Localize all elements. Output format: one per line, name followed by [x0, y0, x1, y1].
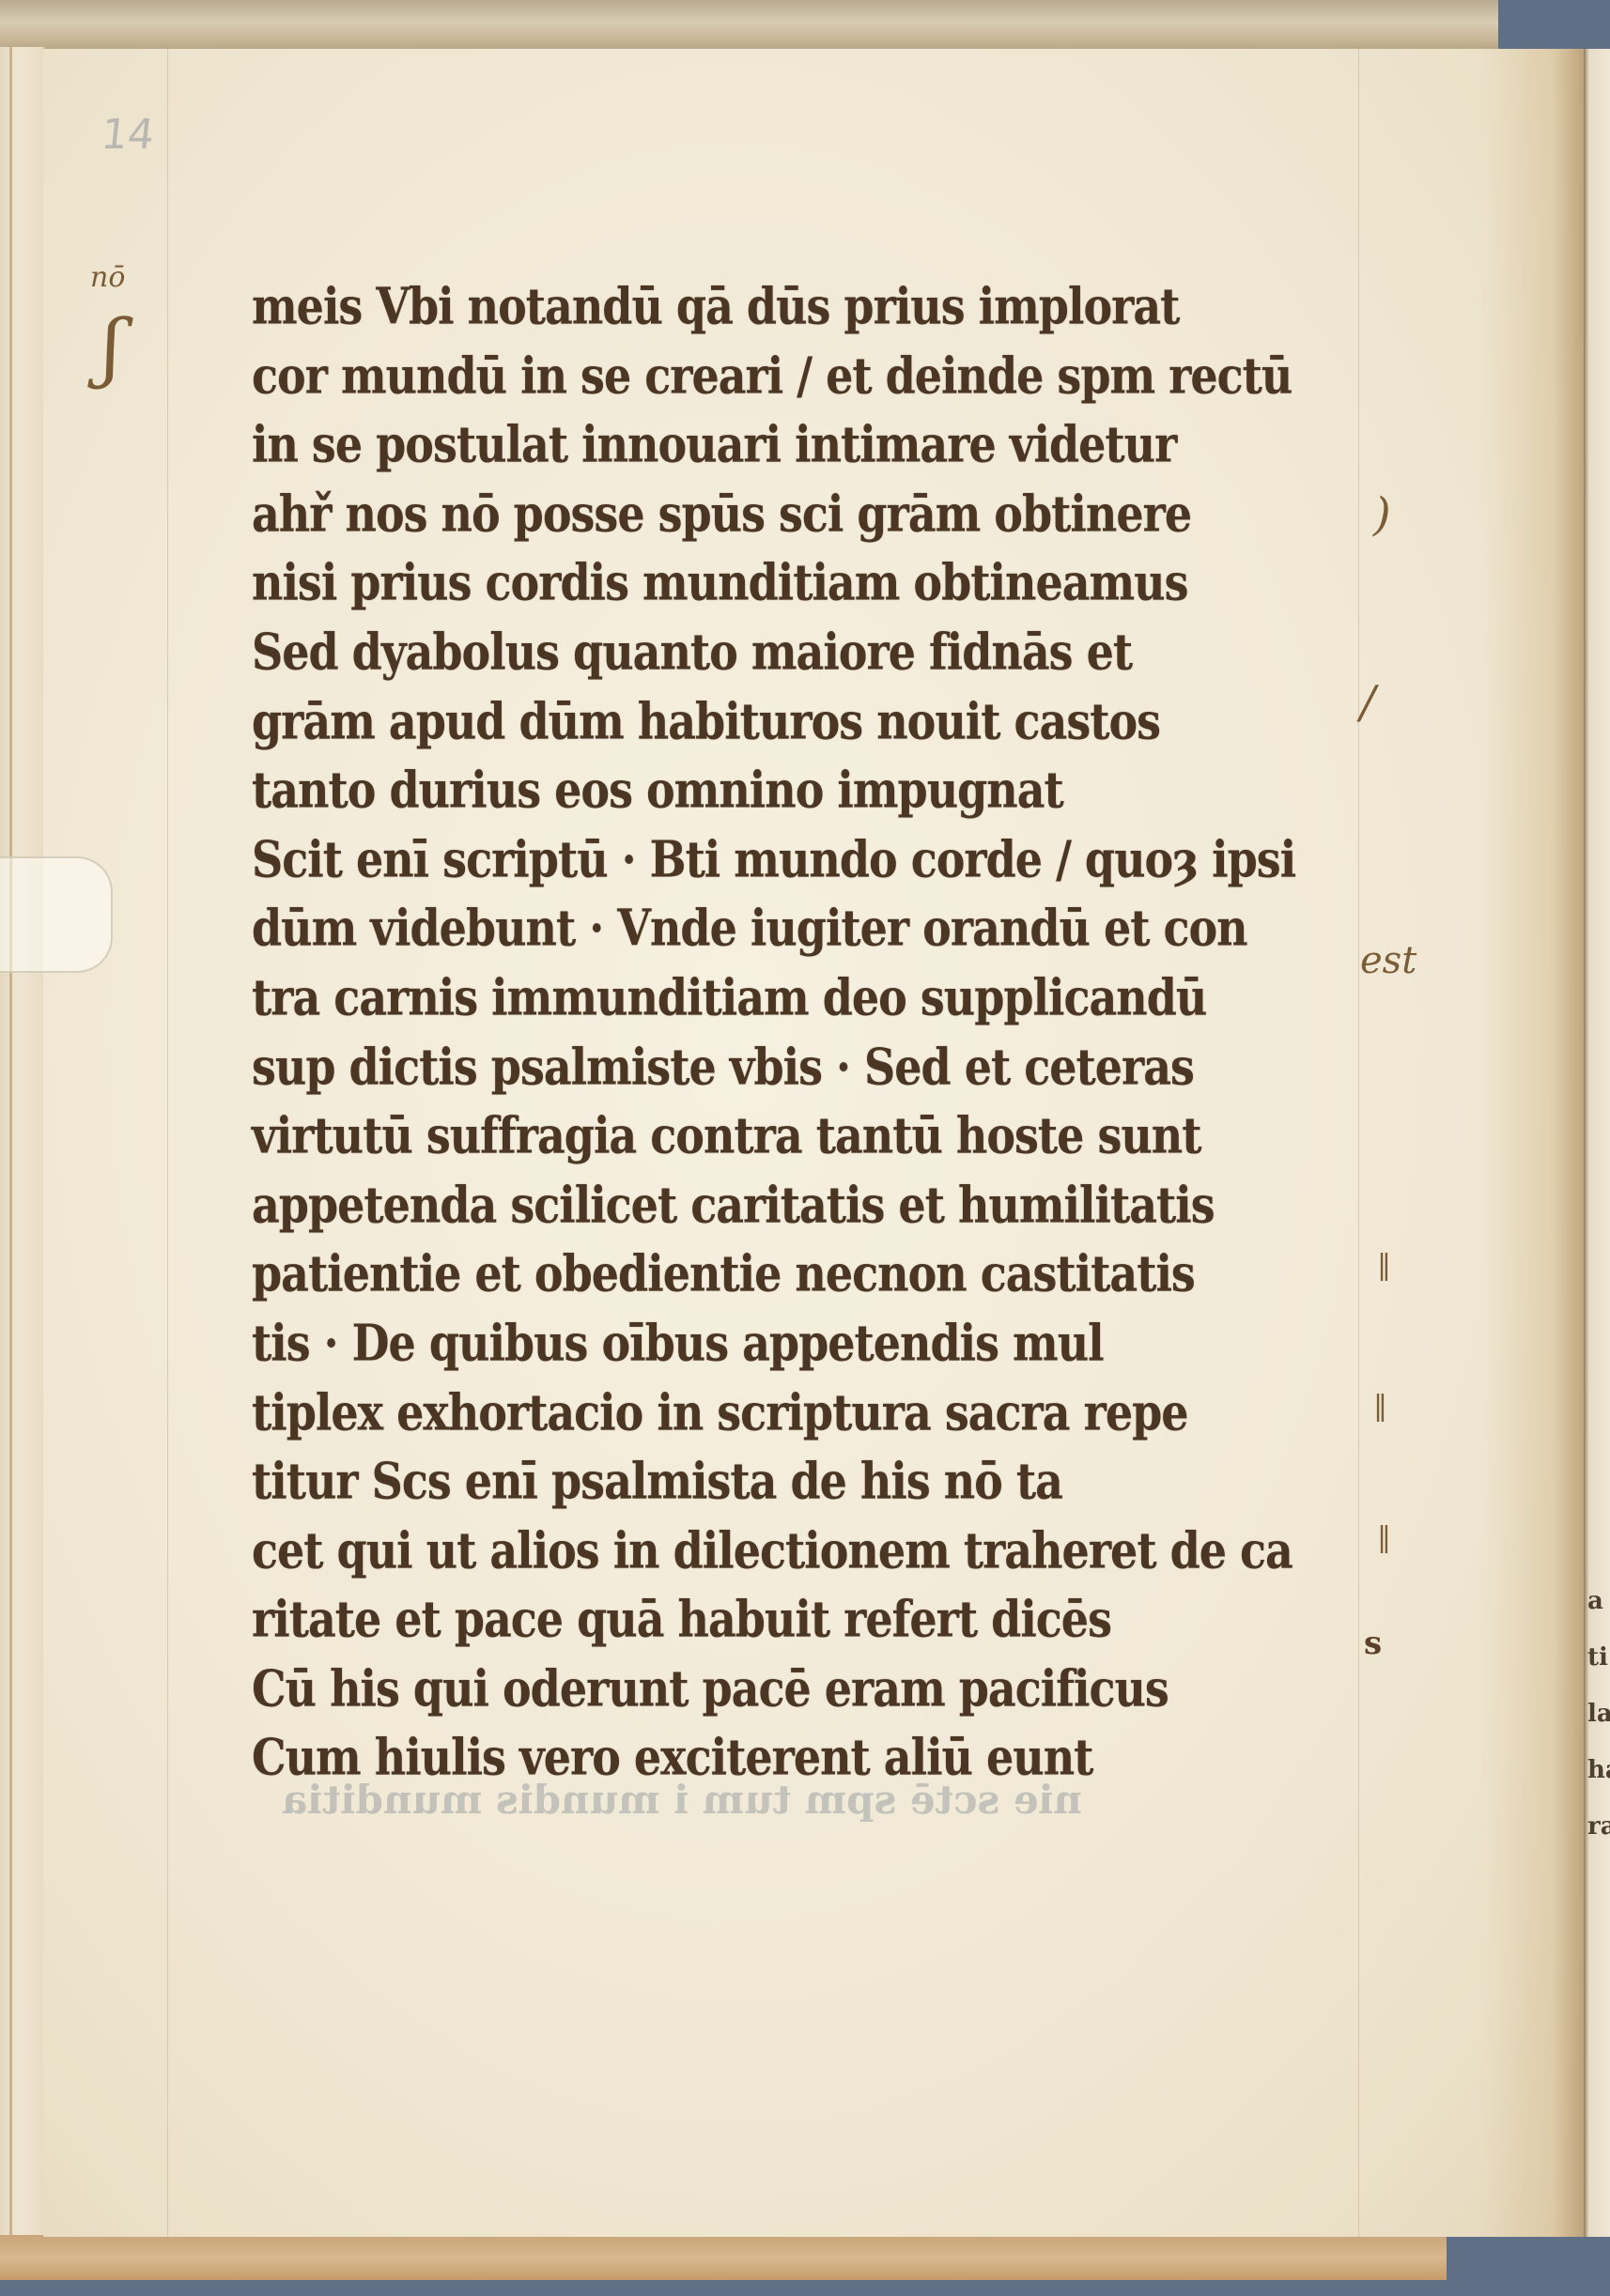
text-line-14: appetenda scilicet caritatis et humilita…	[252, 1165, 1409, 1245]
leaf-edge-line	[9, 47, 12, 2235]
text-line-3: in se postulat innouari intimare videtur	[252, 406, 1409, 485]
text-line-21: Cū his qui oderunt pacē eram pacificus	[252, 1649, 1409, 1729]
leaf-fragment-1: a	[1587, 1589, 1603, 1613]
text-line-6: Sed dyabolus quanto maiore fidnās et	[252, 612, 1409, 692]
text-line-7: grām apud dūm habituros nouit castos	[252, 682, 1409, 762]
text-line-8: tanto durius eos omnino impugnat	[252, 751, 1409, 831]
ruling-line-left	[167, 49, 168, 2237]
text-line-18: titur Scs enī psalmista de his nō ta	[252, 1442, 1409, 1522]
leaf-fragment-2: ti	[1587, 1645, 1608, 1670]
text-line-19: cet qui ut alios in dilectionem traheret…	[252, 1511, 1409, 1591]
right-margin-mark-4: ‖	[1373, 1390, 1387, 1423]
show-through-text: nie sctē spm tum i mundis munditia	[282, 1777, 1082, 1823]
text-line-4: ahř nos nō posse spūs sci grām obtinere	[252, 474, 1409, 554]
text-line-16: tis · De quibus oībus appetendis mul	[252, 1303, 1409, 1383]
book-top-edge	[0, 0, 1498, 51]
main-text-block: meis Vbi notandū qā dūs prius implorat c…	[252, 272, 1409, 1793]
folio-number: 14	[99, 111, 156, 159]
text-line-20: ritate et pace quā habuit refert dicēs	[252, 1580, 1409, 1660]
left-adjacent-leaf	[0, 47, 45, 2235]
text-line-5: nisi prius cordis munditiam obtineamus	[252, 544, 1409, 624]
leaf-fragment-4: ha	[1587, 1758, 1610, 1782]
right-margin-mark-5: ‖	[1377, 1521, 1391, 1554]
margin-correction-est: est	[1360, 939, 1416, 982]
leaf-fragment-5: ra	[1587, 1814, 1610, 1839]
text-line-9: Scit enī scriptū · Bti mundo corde / quo…	[252, 820, 1409, 900]
line-end-correction: s	[1364, 1625, 1382, 1662]
text-line-17: tiplex exhortacio in scriptura sacra rep…	[252, 1373, 1409, 1453]
right-margin-mark-1: )	[1373, 488, 1391, 541]
text-line-2: cor mundū in se creari / et deinde spm r…	[252, 336, 1409, 416]
gutter-shadow	[1480, 49, 1584, 2237]
margin-bracket: ʃ	[101, 310, 122, 385]
text-line-11: tra carnis immunditiam deo supplicandū	[252, 958, 1409, 1038]
book-bottom-edge	[0, 2233, 1447, 2280]
text-line-12: sup dictis psalmiste vbis · Sed et ceter…	[252, 1027, 1409, 1107]
text-line-1: meis Vbi notandū qā dūs prius implorat	[252, 267, 1409, 347]
right-adjacent-leaf: a ti la ha ra	[1584, 49, 1610, 2237]
right-margin-mark-3: ‖	[1377, 1249, 1391, 1282]
text-line-15: patientie et obedientie necnon castitati…	[252, 1235, 1409, 1315]
text-line-13: virtutū suffragia contra tantū hoste sun…	[252, 1097, 1409, 1177]
leaf-fragment-3: la	[1587, 1702, 1610, 1726]
page-tab-marker	[0, 856, 113, 973]
margin-annotation: nō	[90, 261, 125, 294]
text-line-10: dūm videbunt · Vnde iugiter orandū et co…	[252, 889, 1409, 969]
right-margin-mark-2: /	[1360, 676, 1375, 729]
